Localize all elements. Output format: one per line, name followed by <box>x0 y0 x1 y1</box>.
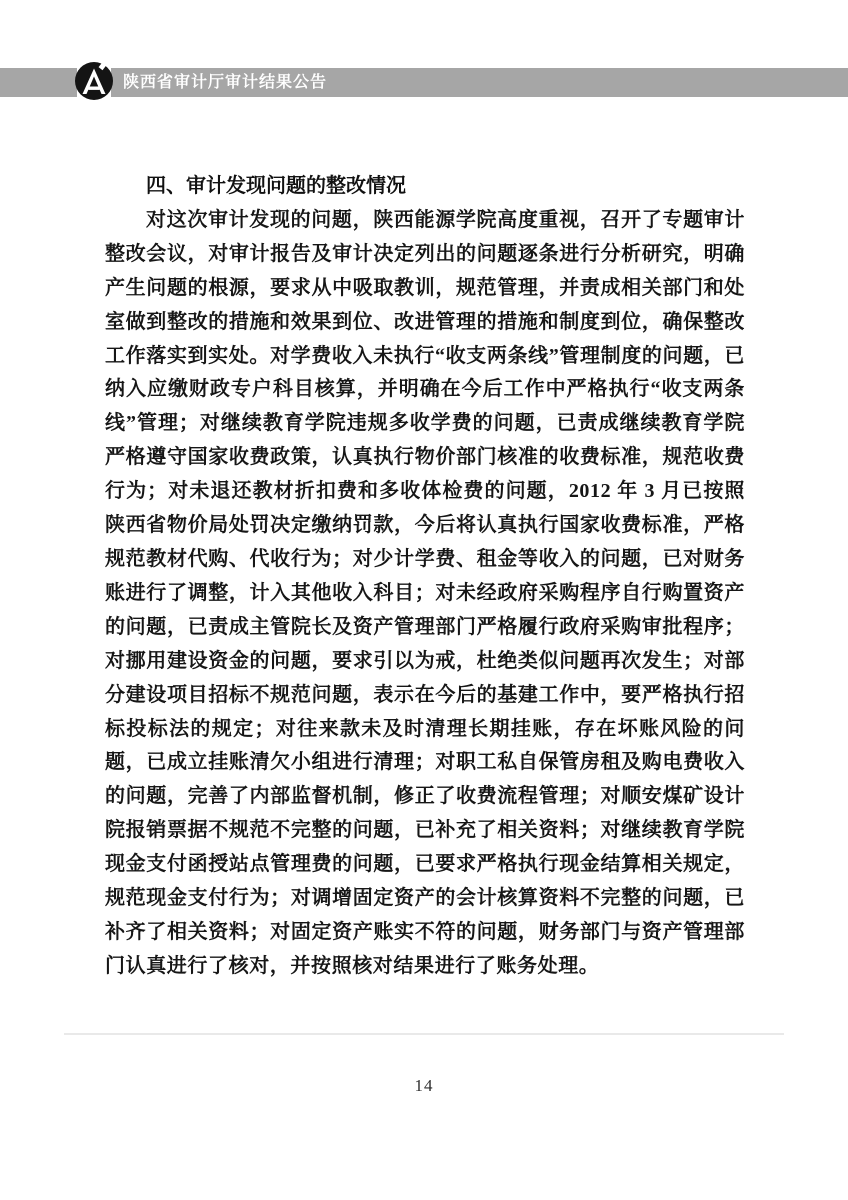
audit-emblem-graphic <box>74 61 114 101</box>
header-title: 陕西省审计厅审计结果公告 <box>123 68 327 97</box>
report-body: 四、审计发现问题的整改情况 对这次审计发现的问题，陕西能源学院高度重视，召开了专… <box>105 170 745 984</box>
rectification-paragraph: 对这次审计发现的问题，陕西能源学院高度重视，召开了专题审计整改会议，对审计报告及… <box>105 204 745 984</box>
audit-emblem-icon <box>74 61 114 101</box>
footer-divider-line <box>64 1033 784 1035</box>
section-heading: 四、审计发现问题的整改情况 <box>105 170 745 204</box>
document-page: { "document": { "header": { "title": "陕西… <box>0 0 848 1200</box>
page-number: 14 <box>0 1076 848 1096</box>
